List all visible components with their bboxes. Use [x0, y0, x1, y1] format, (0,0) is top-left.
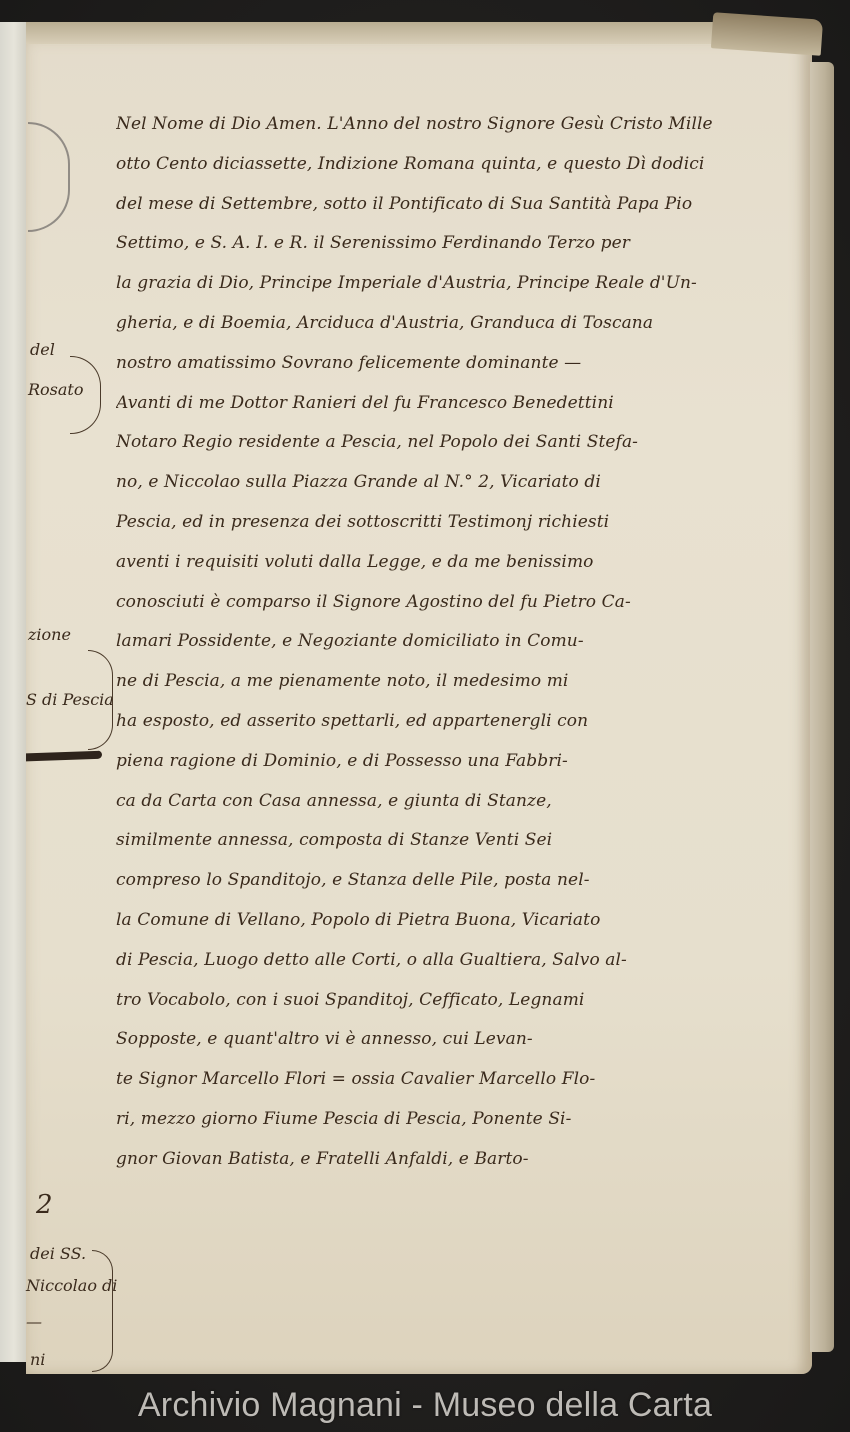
text-line: Settimo, e S. A. I. e R. il Serenissimo … [116, 223, 816, 263]
binding-spine [0, 22, 29, 1362]
text-line: aventi i requisiti voluti dalla Legge, e… [116, 542, 816, 582]
margin-note: del [30, 340, 55, 359]
text-line: similmente annessa, composta di Stanze V… [116, 820, 816, 860]
text-line: Avanti di me Dottor Ranieri del fu Franc… [116, 383, 816, 423]
text-line: lamari Possidente, e Negoziante domicili… [116, 621, 816, 661]
text-line: Pescia, ed in presenza dei sottoscritti … [116, 502, 816, 542]
text-line: tro Vocabolo, con i suoi Spanditoj, Ceff… [116, 980, 816, 1020]
text-line: ca da Carta con Casa annessa, e giunta d… [116, 781, 816, 821]
text-line: conosciuti è comparso il Signore Agostin… [116, 582, 816, 622]
text-line: nostro amatissimo Sovrano felicemente do… [116, 343, 816, 383]
text-line: ne di Pescia, a me pienamente noto, il m… [116, 661, 816, 701]
archive-watermark: Archivio Magnani - Museo della Carta [0, 1386, 850, 1425]
margin-note: dei SS. [30, 1244, 86, 1263]
text-line: te Signor Marcello Flori = ossia Cavalie… [116, 1059, 816, 1099]
text-line: no, e Niccolao sulla Piazza Grande al N.… [116, 462, 816, 502]
stamp-mark-icon [28, 122, 70, 232]
torn-page-corner [711, 12, 823, 56]
margin-bracket [92, 1250, 113, 1372]
text-line: piena ragione di Dominio, e di Possesso … [116, 741, 816, 781]
text-line: di Pescia, Luogo detto alle Corti, o all… [116, 940, 816, 980]
margin-note: — [26, 1312, 42, 1331]
text-line: gheria, e di Boemia, Arciduca d'Austria,… [116, 303, 816, 343]
text-line: gnor Giovan Batista, e Fratelli Anfaldi,… [116, 1139, 816, 1179]
margin-note: zione [28, 625, 71, 644]
text-line: Sopposte, e quant'altro vi è annesso, cu… [116, 1019, 816, 1059]
text-line: otto Cento diciassette, Indizione Romana… [116, 144, 816, 184]
text-line: ri, mezzo giorno Fiume Pescia di Pescia,… [116, 1099, 816, 1139]
text-line: Notaro Regio residente a Pescia, nel Pop… [116, 422, 816, 462]
text-line: compreso lo Spanditojo, e Stanza delle P… [116, 860, 816, 900]
manuscript-text: Nel Nome di Dio Amen. L'Anno del nostro … [116, 104, 816, 1179]
margin-bracket [88, 650, 113, 750]
margin-note: ni [30, 1350, 45, 1369]
text-line: la grazia di Dio, Principe Imperiale d'A… [116, 263, 816, 303]
margin-number: 2 [36, 1190, 53, 1220]
text-line: Nel Nome di Dio Amen. L'Anno del nostro … [116, 104, 816, 144]
text-line: ha esposto, ed asserito spettarli, ed ap… [116, 701, 816, 741]
text-line: del mese di Settembre, sotto il Pontific… [116, 184, 816, 224]
text-line: la Comune di Vellano, Popolo di Pietra B… [116, 900, 816, 940]
